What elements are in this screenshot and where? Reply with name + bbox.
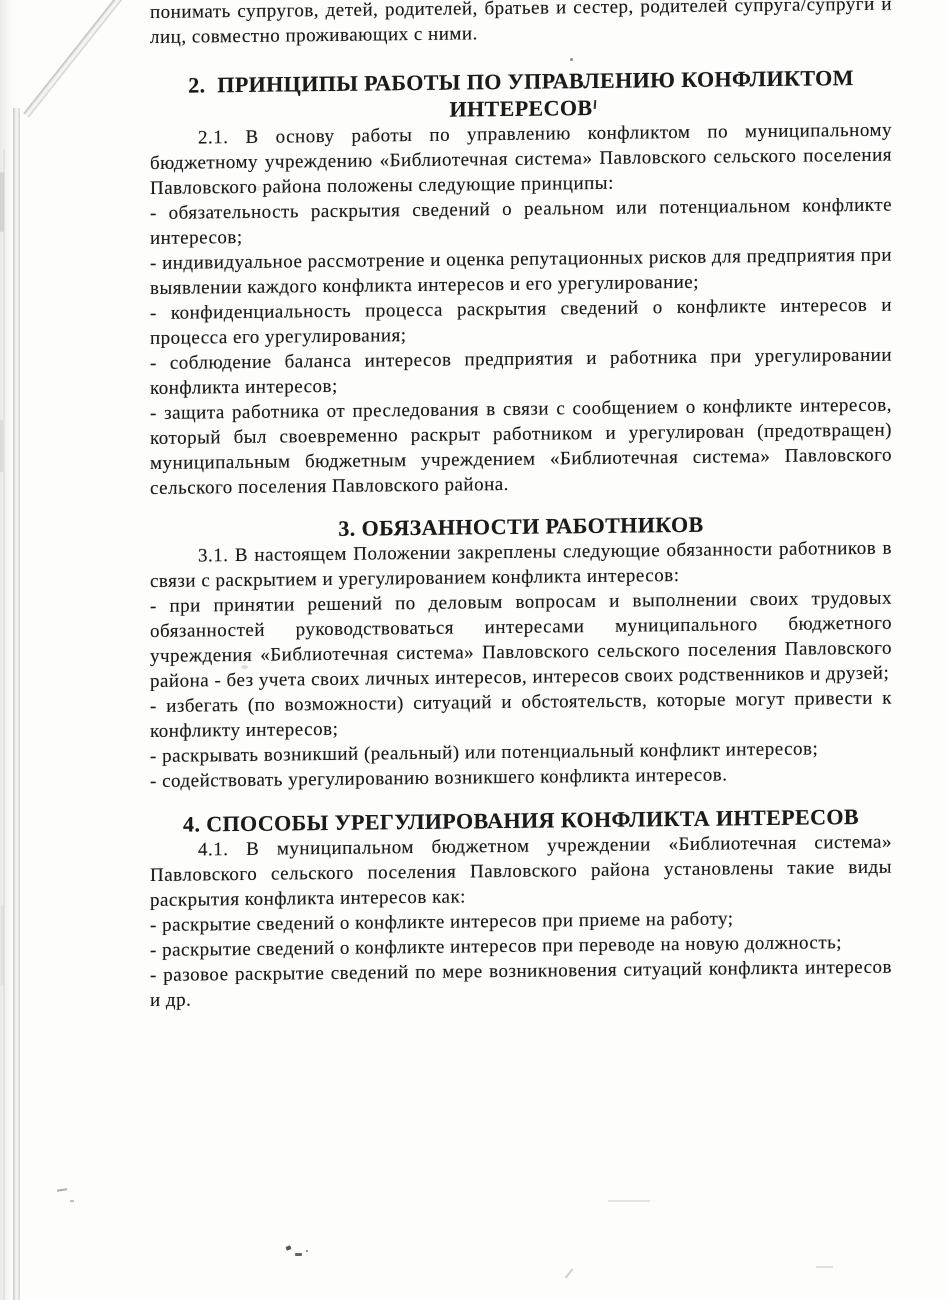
paragraph-3-1: 3.1. В настоящем Положении закреплены сл… [150,536,892,594]
fold-crease-vertical-line [13,108,20,1300]
edge-smudge [0,420,3,472]
ink-speck [285,1245,291,1251]
list-item-paragraph: - индивидуальное рассмотрение и оценка р… [150,243,892,301]
list-item-paragraph: - избегать (по возможности) ситуаций и о… [150,686,892,744]
list-item-paragraph: - обязательность раскрытия сведений о ре… [150,193,892,251]
scan-edge-line [3,150,5,1300]
edge-smudge [1,905,4,985]
list-item-paragraph: - защита работника от преследования в св… [150,393,892,501]
scanner-edge-shadow [0,0,12,1300]
edge-smudge [0,172,4,232]
paragraph-continuation: понимать супругов, детей, родителей, бра… [150,0,892,50]
ink-speck [306,1250,308,1252]
paragraph-4-1: 4.1. В муниципальном бюджетном учреждени… [150,830,892,913]
list-item-paragraph: - конфиденциальность процесса раскрытия … [150,293,892,351]
list-item-paragraph: - соблюдение баланса интересов предприят… [150,343,892,401]
pencil-mark [57,1188,67,1192]
ink-speck [295,1253,302,1256]
paragraph-2-1: 2.1. В основу работы по управлению конфл… [150,118,892,201]
faint-slash-mark [565,1269,573,1279]
pencil-mark [70,1200,74,1202]
faint-dash-mark [608,1200,650,1202]
list-item-paragraph: - разовое раскрытие сведений по мере воз… [150,955,892,1013]
scanned-document-page: понимать супругов, детей, родителей, бра… [0,0,947,1300]
document-text: понимать супругов, детей, родителей, бра… [150,0,892,1013]
fold-crease-diagonal-line [23,0,122,118]
list-item-paragraph: - при принятии решений по деловым вопрос… [150,586,892,694]
faint-dash-mark [816,1266,833,1268]
section-2-heading: 2. ПРИНЦИПЫ РАБОТЫ ПО УПРАВЛЕНИЮ КОНФЛИК… [150,64,892,126]
